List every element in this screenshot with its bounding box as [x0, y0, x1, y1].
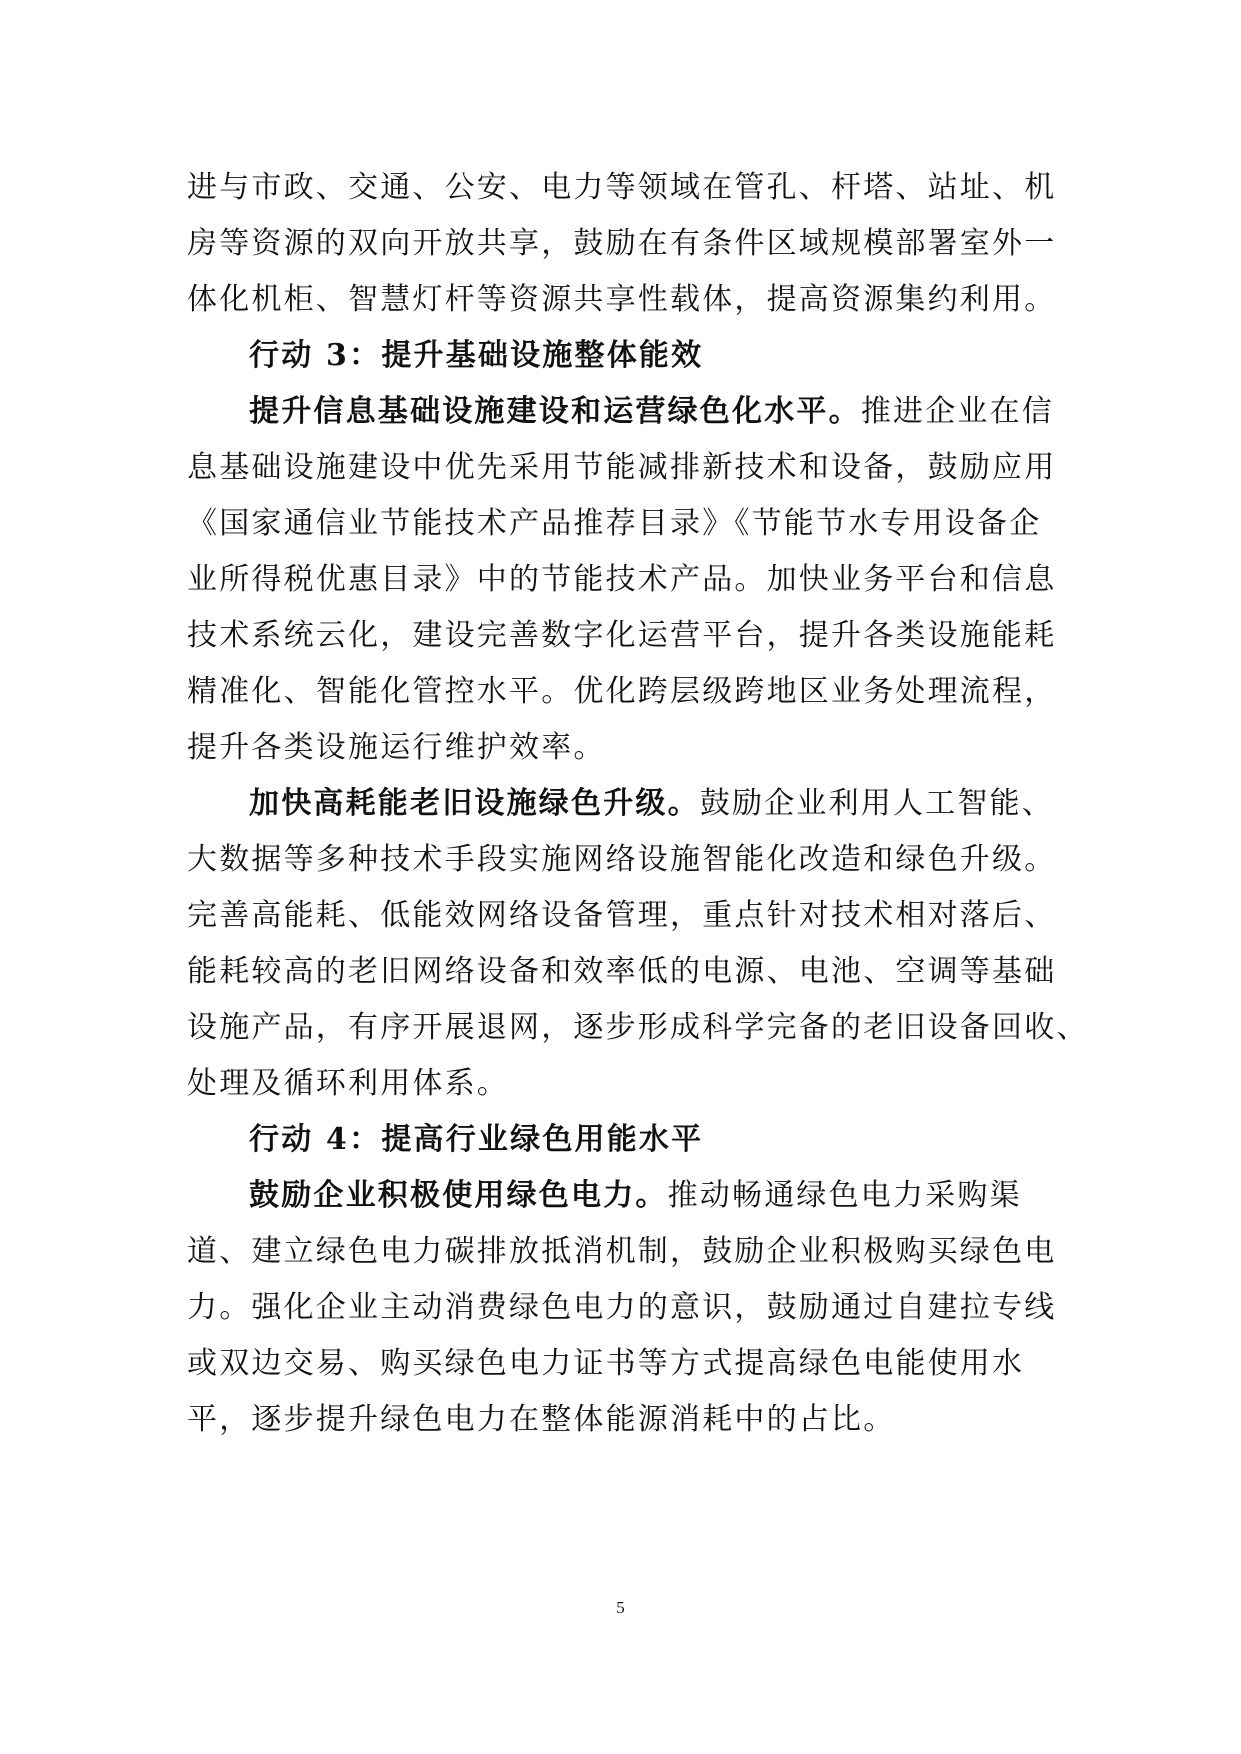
text-line: 处理及循环利用体系。: [187, 1056, 1057, 1112]
document-body: 进与市政、交通、公安、电力等领域在管孔、杆塔、站址、机 房等资源的双向开放共享，…: [187, 160, 1057, 1448]
paragraph-lead: 鼓励企业积极使用绿色电力。推动畅通绿色电力采购渠: [187, 1168, 1057, 1224]
text-line: 息基础设施建设中优先采用节能减排新技术和设备，鼓励应用: [187, 440, 1057, 496]
text-line: 进与市政、交通、公安、电力等领域在管孔、杆塔、站址、机: [187, 160, 1057, 216]
text-line: 《国家通信业节能技术产品推荐目录》《节能节水专用设备企: [187, 496, 1057, 552]
section-heading-action-4: 行动 4：提高行业绿色用能水平: [187, 1112, 1057, 1168]
text-line: 提升各类设施运行维护效率。: [187, 720, 1057, 776]
text-line: 体化机柜、智慧灯杆等资源共享性载体，提高资源集约利用。: [187, 272, 1057, 328]
paragraph-lead: 加快高耗能老旧设施绿色升级。鼓励企业利用人工智能、: [187, 776, 1057, 832]
text-line: 技术系统云化，建设完善数字化运营平台，提升各类设施能耗: [187, 608, 1057, 664]
text-line: 业所得税优惠目录》中的节能技术产品。加快业务平台和信息: [187, 552, 1057, 608]
text-line: 能耗较高的老旧网络设备和效率低的电源、电池、空调等基础: [187, 944, 1057, 1000]
text-line: 精准化、智能化管控水平。优化跨层级跨地区业务处理流程，: [187, 664, 1057, 720]
text-line: 房等资源的双向开放共享，鼓励在有条件区域规模部署室外一: [187, 216, 1057, 272]
text-line: 道、建立绿色电力碳排放抵消机制，鼓励企业积极购买绿色电: [187, 1224, 1057, 1280]
text-line: 设施产品，有序开展退网，逐步形成科学完备的老旧设备回收、: [187, 1000, 1057, 1056]
text-line: 平，逐步提升绿色电力在整体能源消耗中的占比。: [187, 1392, 1057, 1448]
text-line: 大数据等多种技术手段实施网络设施智能化改造和绿色升级。: [187, 832, 1057, 888]
paragraph-lead: 提升信息基础设施建设和运营绿色化水平。推进企业在信: [187, 384, 1057, 440]
section-heading-action-3: 行动 3：提升基础设施整体能效: [187, 328, 1057, 384]
text-line: 或双边交易、购买绿色电力证书等方式提高绿色电能使用水: [187, 1336, 1057, 1392]
text-line: 力。强化企业主动消费绿色电力的意识，鼓励通过自建拉专线: [187, 1280, 1057, 1336]
text-line: 完善高能耗、低能效网络设备管理，重点针对技术相对落后、: [187, 888, 1057, 944]
page-number: 5: [0, 1598, 1241, 1618]
